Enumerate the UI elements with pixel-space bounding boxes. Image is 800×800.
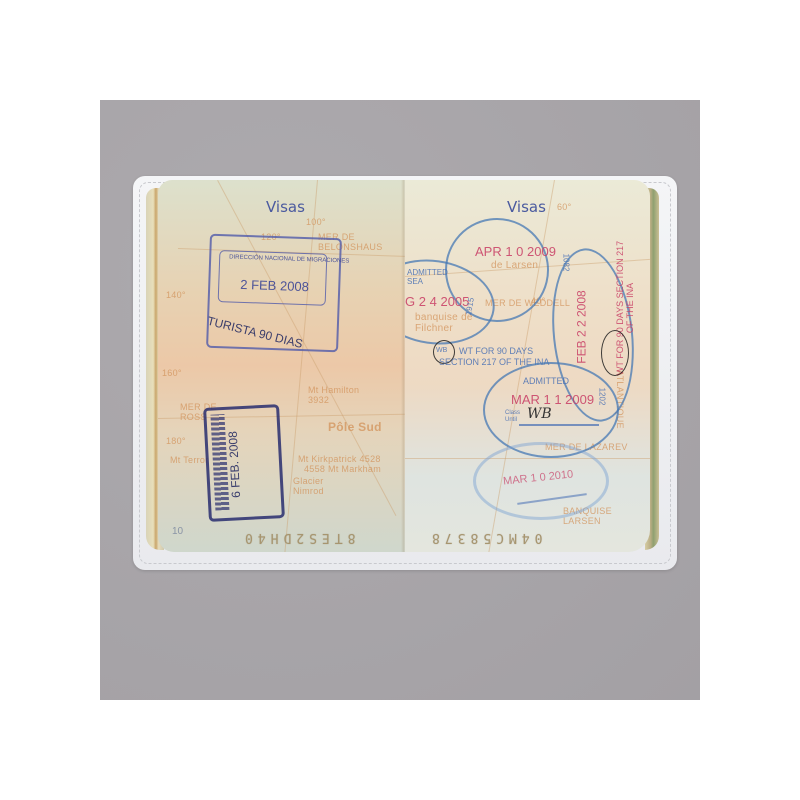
- map-label: 140°: [166, 290, 186, 300]
- map-label: 180°: [166, 436, 186, 446]
- map-label: 160°: [162, 368, 182, 378]
- map-label-pole: Pôle Sud: [328, 420, 382, 434]
- signature-line: [519, 424, 599, 426]
- perforated-number: 8TES2DH40: [240, 530, 355, 545]
- map-label: Mt Terror: [170, 455, 209, 465]
- until-label: Until: [505, 417, 517, 423]
- map-label: 100°: [306, 217, 326, 227]
- page-number: 10: [172, 526, 183, 537]
- visas-heading: Visas: [507, 198, 546, 216]
- perforated-number: 04MC58378: [427, 530, 542, 545]
- stamp-date: 6 FEB. 2008: [226, 431, 243, 498]
- stamp-note: TURISTA 90 DIAS: [206, 314, 304, 351]
- stamp-date: APR 1 0 2009: [475, 244, 556, 259]
- map-label: 4558 Mt Markham: [304, 464, 381, 474]
- stamp-date: MAR 1 1 2009: [511, 392, 594, 407]
- map-label: Mt Hamilton 3932: [308, 385, 368, 405]
- stamp-code: 1202: [597, 388, 606, 406]
- stamp-text: ADMITTED SEA: [407, 268, 457, 286]
- stamp-date: AUG 2 4 2005: [405, 294, 469, 309]
- left-visa-page: Visas 100° 120° 140° 160° 180° MER DE BE…: [158, 180, 405, 552]
- pen-circle: [601, 330, 629, 376]
- right-visa-page: Visas 60° 40° de Larsen banquise de Filc…: [405, 180, 650, 552]
- entry-stamp-argentina: DIRECCIÓN NACIONAL DE MIGRACIONES 2 FEB …: [206, 234, 342, 353]
- stamp-date: FEB 2 2 2008: [575, 290, 589, 363]
- officer-signature: WB: [527, 406, 552, 422]
- exit-stamp-argentina: 6 FEB. 2008: [203, 404, 285, 522]
- map-label: Mt Kirkpatrick 4528: [298, 454, 381, 464]
- class-label: Class: [505, 410, 520, 416]
- map-label: 60°: [557, 202, 572, 212]
- stamp-text: ADMITTED: [523, 376, 569, 386]
- map-label: Glacier Nimrod: [293, 476, 333, 496]
- stamp-date: 2 FEB 2008: [240, 277, 309, 294]
- visas-heading: Visas: [266, 198, 305, 216]
